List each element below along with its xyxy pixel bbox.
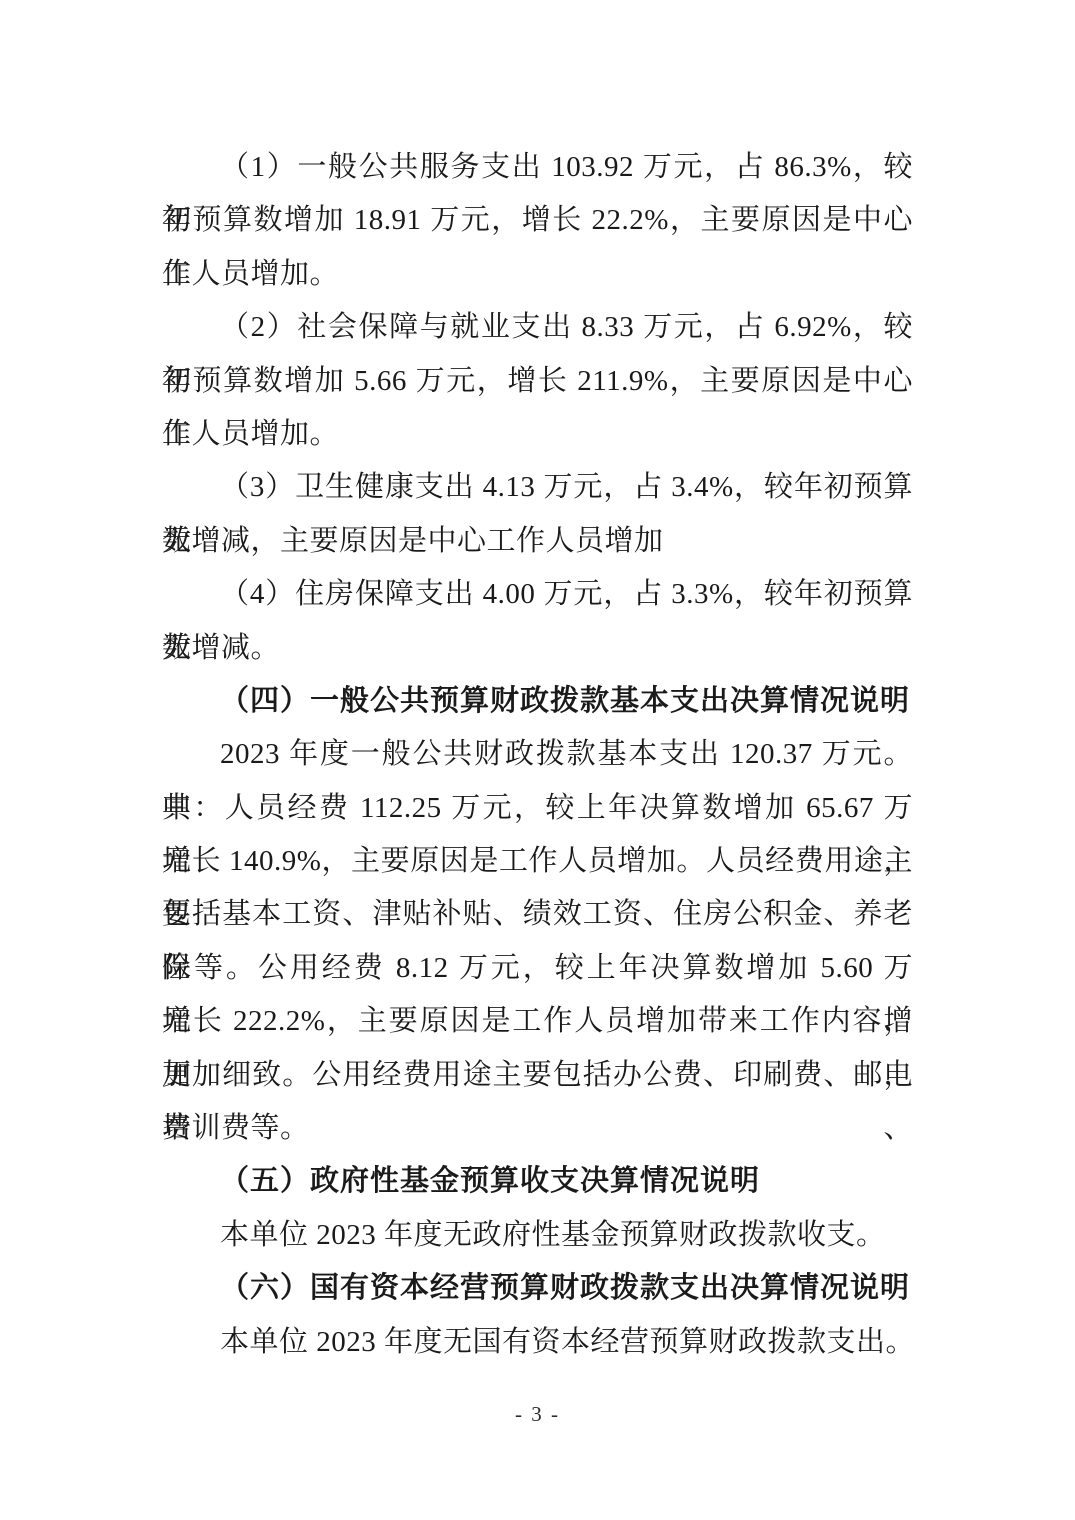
paragraph-basic-expenditure-detail: 2023 年度一般公共财政拨款基本支出 120.37 万元。其 中：人员经费 1… (162, 728, 913, 1155)
section-heading-5: （五）政府性基金预算收支决算情况说明 (162, 1155, 913, 1208)
text-line: 2023 年度一般公共财政拨款基本支出 120.37 万元。其 (162, 728, 913, 781)
document-page: （1）一般公共服务支出 103.92 万元，占 86.3%，较年 初预算数增加 … (0, 0, 1075, 1520)
document-text-block: （1）一般公共服务支出 103.92 万元，占 86.3%，较年 初预算数增加 … (162, 141, 913, 1369)
paragraph-government-fund-statement: 本单位 2023 年度无政府性基金预算财政拨款收支。 (162, 1209, 913, 1262)
text-line: 包括基本工资、津贴补贴、绩效工资、住房公积金、养老保 (162, 888, 913, 941)
text-line: 本单位 2023 年度无政府性基金预算财政拨款收支。 (162, 1209, 913, 1262)
paragraph-housing-expense: （4）住房保障支出 4.00 万元，占 3.3%，较年初预算数 无增减。 (162, 568, 913, 675)
text-line: （3）卫生健康支出 4.13 万元，占 3.4%，较年初预算数 (162, 461, 913, 514)
text-line: 更加细致。公用经费用途主要包括办公费、印刷费、邮电费、 (162, 1049, 913, 1102)
text-line: 增长 222.2%，主要原因是工作人员增加带来工作内容增加， (162, 995, 913, 1048)
section-heading-text: （六）国有资本经营预算财政拨款支出决算情况说明 (162, 1262, 913, 1315)
section-heading-text: （五）政府性基金预算收支决算情况说明 (162, 1155, 913, 1208)
text-line: 增长 140.9%，主要原因是工作人员增加。人员经费用途主要 (162, 835, 913, 888)
paragraph-social-security-expense: （2）社会保障与就业支出 8.33 万元，占 6.92%，较年 初预算数增加 5… (162, 301, 913, 461)
text-line: 无增减，主要原因是中心工作人员增加 (162, 515, 913, 568)
page-number: - 3 - (0, 1402, 1075, 1427)
text-line: （4）住房保障支出 4.00 万元，占 3.3%，较年初预算数 (162, 568, 913, 621)
section-heading-text: （四）一般公共预算财政拨款基本支出决算情况说明 (162, 675, 913, 728)
paragraph-health-expense: （3）卫生健康支出 4.13 万元，占 3.4%，较年初预算数 无增减，主要原因… (162, 461, 913, 568)
text-line: 初预算数增加 18.91 万元，增长 22.2%，主要原因是中心工 (162, 194, 913, 247)
text-line: 本单位 2023 年度无国有资本经营预算财政拨款支出。 (162, 1316, 913, 1369)
paragraph-state-capital-statement: 本单位 2023 年度无国有资本经营预算财政拨款支出。 (162, 1316, 913, 1369)
section-heading-6: （六）国有资本经营预算财政拨款支出决算情况说明 (162, 1262, 913, 1315)
text-line: （2）社会保障与就业支出 8.33 万元，占 6.92%，较年 (162, 301, 913, 354)
text-line: （1）一般公共服务支出 103.92 万元，占 86.3%，较年 (162, 141, 913, 194)
text-line: 无增减。 (162, 622, 913, 675)
text-line: 中：人员经费 112.25 万元，较上年决算数增加 65.67 万元， (162, 782, 913, 835)
text-line: 险等。公用经费 8.12 万元，较上年决算数增加 5.60 万元， (162, 942, 913, 995)
text-line: 初预算数增加 5.66 万元，增长 211.9%，主要原因是中心工 (162, 355, 913, 408)
section-heading-4: （四）一般公共预算财政拨款基本支出决算情况说明 (162, 675, 913, 728)
text-line: 作人员增加。 (162, 408, 913, 461)
text-line: 作人员增加。 (162, 248, 913, 301)
paragraph-general-public-service-expense: （1）一般公共服务支出 103.92 万元，占 86.3%，较年 初预算数增加 … (162, 141, 913, 301)
